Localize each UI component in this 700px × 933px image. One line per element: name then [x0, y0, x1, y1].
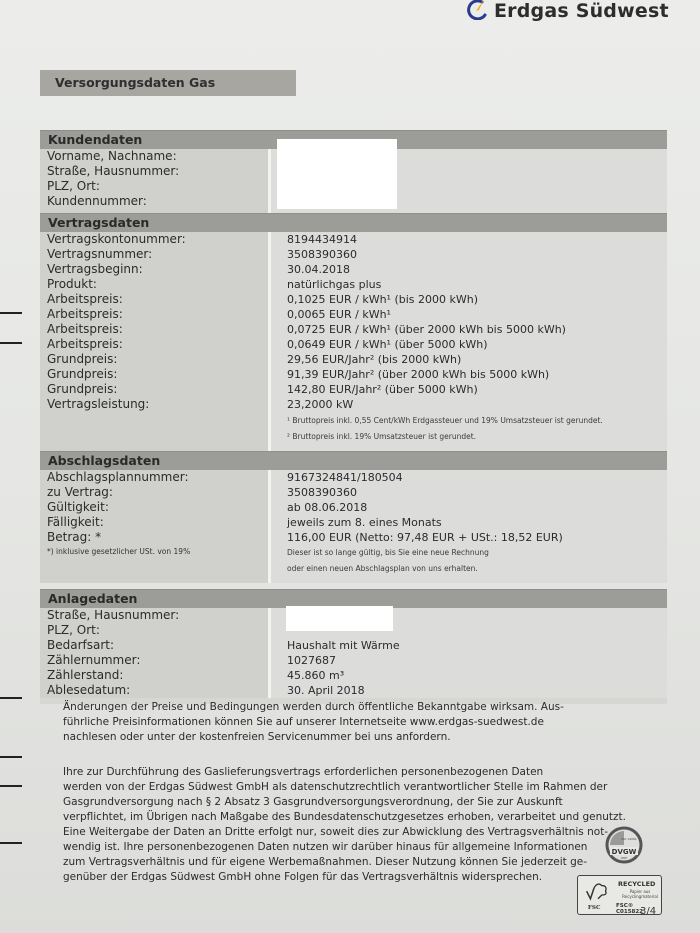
field-label: Arbeitspreis: — [47, 307, 268, 322]
field-value: ab 08.06.2018 — [287, 500, 667, 515]
field-label: Straße, Hausnummer: — [47, 608, 268, 623]
label-name: Vorname, Nachname: — [47, 149, 268, 164]
redaction-box — [286, 606, 393, 631]
field-value: 0,1025 EUR / kWh¹ (bis 2000 kWh) — [287, 292, 667, 307]
field-label: Grundpreis: — [47, 367, 268, 382]
field-value: 0,0649 EUR / kWh¹ (über 5000 kWh) — [287, 337, 667, 352]
paragraph-line: nachlesen oder unter der kostenfreien Se… — [63, 730, 564, 745]
svg-text:ISO 14001: ISO 14001 — [621, 837, 637, 841]
field-value: 30. April 2018 — [287, 683, 667, 698]
field-value: natürlichgas plus — [287, 277, 667, 292]
field-label: Grundpreis: — [47, 352, 268, 367]
field-value: 3508390360 — [287, 485, 667, 500]
field-value: 0,0065 EUR / kWh¹ — [287, 307, 667, 322]
field-label: Gültigkeit: — [47, 500, 268, 515]
field-label: Abschlagsplannummer: — [47, 470, 268, 485]
fold-mark — [0, 697, 22, 699]
paragraph-line: werden von der Erdgas Südwest GmbH als d… — [63, 780, 626, 795]
erdgas-logo-icon — [466, 0, 488, 20]
brand-name: Erdgas Südwest — [494, 0, 669, 22]
paragraph-line: Gasgrundversorgung nach § 2 Absatz 3 Gas… — [63, 795, 626, 810]
paragraph-line: verpflichtet, im Übrigen nach Maßgabe de… — [63, 810, 626, 825]
brand-logo: Erdgas Südwest — [466, 0, 669, 26]
page-number: 3/4 — [640, 906, 656, 917]
field-label: Vertragskontonummer: — [47, 232, 268, 247]
section-anlagedaten: Anlagedaten Straße, Hausnummer:PLZ, Ort:… — [40, 589, 667, 704]
field-value: 1027687 — [287, 653, 667, 668]
label-zip-city: PLZ, Ort: — [47, 179, 268, 194]
field-label: Vertragsnummer: — [47, 247, 268, 262]
field-label: Ablesedatum: — [47, 683, 268, 698]
svg-text:FSC: FSC — [588, 905, 601, 911]
page-title: Versorgungsdaten Gas — [40, 70, 296, 96]
fsc-tree-icon: FSC — [581, 878, 615, 912]
field-label: Betrag: * — [47, 530, 268, 545]
field-label: Zählernummer: — [47, 653, 268, 668]
field-value: 8194434914 — [287, 232, 667, 247]
field-value: Haushalt mit Wärme — [287, 638, 667, 653]
footnote-2: ² Bruttopreis inkl. 19% Umsatzsteuer ist… — [287, 429, 667, 445]
fsc-title: RECYCLED — [618, 880, 655, 888]
paragraph-line: genüber der Erdgas Südwest GmbH ohne Fol… — [63, 870, 626, 885]
field-value: 0,0725 EUR / kWh¹ (über 2000 kWh bis 500… — [287, 322, 667, 337]
field-value: 30.04.2018 — [287, 262, 667, 277]
field-label: Arbeitspreis: — [47, 292, 268, 307]
field-label: Produkt: — [47, 277, 268, 292]
fold-mark — [0, 842, 22, 844]
paragraph-line: zum Vertragsverhältnis und für eigene We… — [63, 855, 626, 870]
label-street: Straße, Hausnummer: — [47, 164, 268, 179]
field-value: 3508390360 — [287, 247, 667, 262]
fsc-subtitle: Papier aus Recyclingmaterial — [620, 889, 660, 899]
field-value: 29,56 EUR/Jahr² (bis 2000 kWh) — [287, 352, 667, 367]
price-change-notice: Änderungen der Preise und Bedingungen we… — [63, 700, 564, 745]
field-label: Arbeitspreis: — [47, 322, 268, 337]
field-value: 45.860 m³ — [287, 668, 667, 683]
section-vertragsdaten: Vertragsdaten Vertragskontonummer:Vertra… — [40, 213, 667, 451]
fold-mark — [0, 312, 22, 314]
section-header: Vertragsdaten — [40, 213, 667, 232]
field-label: PLZ, Ort: — [47, 623, 268, 638]
fold-mark — [0, 785, 22, 787]
paragraph-line: Eine Weitergabe der Daten an Dritte erfo… — [63, 825, 626, 840]
document-page: Erdgas Südwest Versorgungsdaten Gas Kund… — [0, 0, 700, 933]
section-header: Abschlagsdaten — [40, 451, 667, 470]
field-label: Vertragsbeginn: — [47, 262, 268, 277]
field-label: Arbeitspreis: — [47, 337, 268, 352]
field-label: Vertragsleistung: — [47, 397, 268, 412]
field-value: 9167324841/180504 — [287, 470, 667, 485]
data-panel: Kundendaten Vorname, Nachname: Straße, H… — [40, 130, 667, 704]
dvgw-cert-icon: DVGW ISO 14001 CERT — [604, 825, 644, 865]
validity-note-2: oder einen neuen Abschlagsplan von uns e… — [287, 561, 667, 577]
fold-mark — [0, 342, 22, 344]
field-label: Fälligkeit: — [47, 515, 268, 530]
field-label: Zählerstand: — [47, 668, 268, 683]
redaction-box — [277, 139, 397, 209]
field-value: 142,80 EUR/Jahr² (über 5000 kWh) — [287, 382, 667, 397]
field-label: zu Vertrag: — [47, 485, 268, 500]
section-kundendaten: Kundendaten Vorname, Nachname: Straße, H… — [40, 130, 667, 213]
field-value: 23,2000 kW — [287, 397, 667, 412]
privacy-notice: Ihre zur Durchführung des Gaslieferungsv… — [63, 765, 626, 885]
vat-footnote: *) inklusive gesetzlicher USt. von 19% — [47, 545, 268, 559]
field-label: Bedarfsart: — [47, 638, 268, 653]
svg-text:CERT: CERT — [621, 856, 628, 860]
label-customer-number: Kundennummer: — [47, 194, 268, 209]
validity-note-1: Dieser ist so lange gültig, bis Sie eine… — [287, 545, 667, 561]
field-label: Grundpreis: — [47, 382, 268, 397]
paragraph-line: Ihre zur Durchführung des Gaslieferungsv… — [63, 765, 626, 780]
field-value: 91,39 EUR/Jahr² (über 2000 kWh bis 5000 … — [287, 367, 667, 382]
svg-text:DVGW: DVGW — [612, 848, 637, 856]
field-value: jeweils zum 8. eines Monats — [287, 515, 667, 530]
section-abschlagsdaten: Abschlagsdaten Abschlagsplannummer:zu Ve… — [40, 451, 667, 583]
paragraph-line: Änderungen der Preise und Bedingungen we… — [63, 700, 564, 715]
footnote-1: ¹ Bruttopreis inkl. 0,55 Cent/kWh Erdgas… — [287, 413, 667, 429]
paragraph-line: führliche Preisinformationen können Sie … — [63, 715, 564, 730]
paragraph-line: wendig ist. Ihre personenbezogenen Daten… — [63, 840, 626, 855]
field-value: 116,00 EUR (Netto: 97,48 EUR + USt.: 18,… — [287, 530, 667, 545]
fold-mark — [0, 756, 22, 758]
